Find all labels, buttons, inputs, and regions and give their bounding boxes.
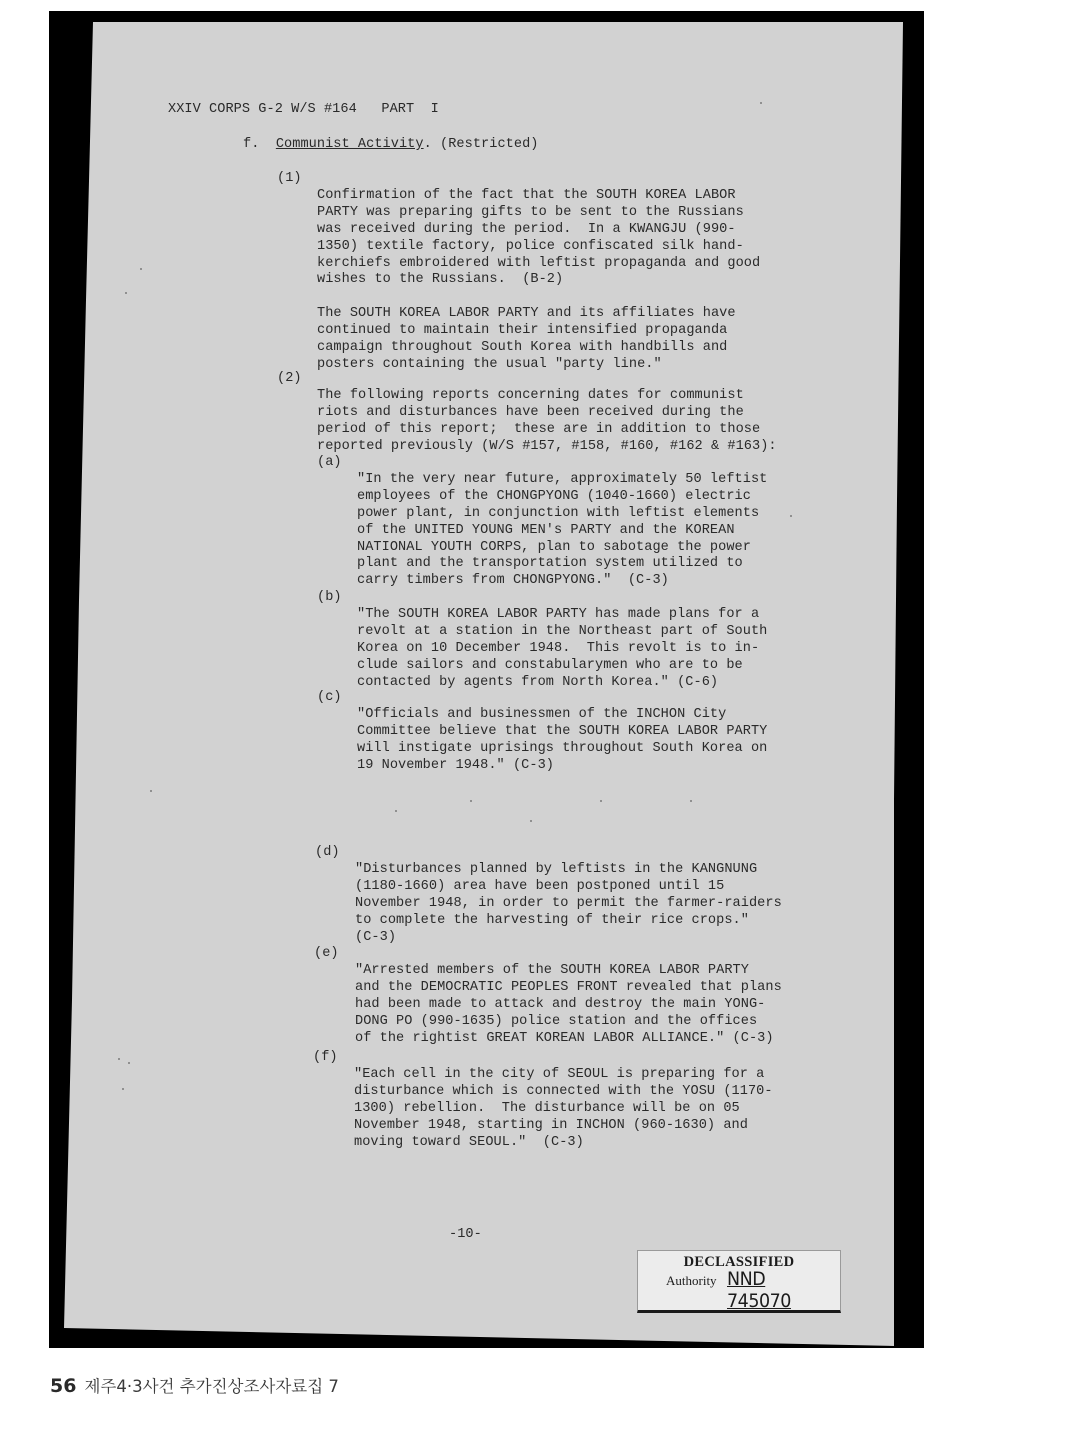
subitem-marker: (b) [317, 590, 342, 607]
item-marker: (2) [277, 371, 302, 388]
text-line: "In the very near future, approximately … [357, 472, 767, 489]
page-number: -10- [449, 1227, 482, 1244]
text-line: reported previously (W/S #157, #158, #16… [317, 439, 777, 456]
speck [125, 292, 127, 294]
text-line: November 1948, starting in INCHON (960-1… [354, 1118, 773, 1135]
text-line: contacted by agents from North Korea." (… [357, 675, 767, 692]
speck [122, 1088, 124, 1090]
stamp-authority-value: NND 745070 [727, 1268, 831, 1312]
subitem-marker: (e) [314, 946, 339, 963]
speck [150, 790, 152, 792]
text-line: November 1948, in order to permit the fa… [355, 896, 782, 913]
text-line: riots and disturbances have been receive… [317, 405, 777, 422]
text-line: period of this report; these are in addi… [317, 422, 777, 439]
text-line: had been made to attack and destroy the … [355, 997, 782, 1014]
text-line: campaign throughout South Korea with han… [317, 340, 736, 357]
text-line: Committee believe that the SOUTH KOREA L… [357, 724, 767, 741]
book-title: 제주4·3사건 추가진상조사자료집 7 [84, 1377, 338, 1396]
text-line: wishes to the Russians. (B-2) [317, 272, 760, 289]
text-line: will instigate uprisings throughout Sout… [357, 741, 767, 758]
text-line: and the DEMOCRATIC PEOPLES FRONT reveale… [355, 980, 782, 997]
text-line: NATIONAL YOUTH CORPS, plan to sabotage t… [357, 540, 767, 557]
text-line: revolt at a station in the Northeast par… [357, 624, 767, 641]
speck [128, 1062, 130, 1064]
text-line: to complete the harvesting of their rice… [355, 913, 782, 930]
document-header: XXIV CORPS G-2 W/S #164 PART I [168, 102, 439, 119]
text-line: of the rightist GREAT KOREAN LABOR ALLIA… [355, 1031, 782, 1048]
text-line: PARTY was preparing gifts to be sent to … [317, 205, 760, 222]
text-line: kerchiefs embroidered with leftist propa… [317, 256, 760, 273]
speck [140, 268, 142, 270]
speck [690, 800, 692, 802]
text-line: moving toward SEOUL." (C-3) [354, 1135, 773, 1152]
subitem-marker: (c) [317, 690, 342, 707]
text-line: power plant, in conjunction with leftist… [357, 506, 767, 523]
subitem-f: "Each cell in the city of SEOUL is prepa… [354, 1050, 773, 1168]
speck [395, 810, 397, 812]
text-line: of the UNITED YOUNG MEN's PARTY and the … [357, 523, 767, 540]
text-line: plant and the transportation system util… [357, 556, 767, 573]
subitem-marker: (f) [313, 1050, 338, 1067]
text-line: DONG PO (990-1635) police station and th… [355, 1014, 782, 1031]
section-heading: f. Communist Activity. (Restricted) [243, 137, 539, 154]
text-line: (C-3) [355, 930, 782, 947]
subitem-c: "Officials and businessmen of the INCHON… [357, 690, 767, 791]
stamp-authority-label: Authority [666, 1273, 717, 1289]
subitem-a: "In the very near future, approximately … [357, 455, 767, 607]
subitem-marker: (a) [317, 455, 342, 472]
text-line: employees of the CHONGPYONG (1040-1660) … [357, 489, 767, 506]
text-line: 1350) textile factory, police confiscate… [317, 239, 760, 256]
book-page-number: 56 [50, 1375, 76, 1397]
text-line: "Officials and businessmen of the INCHON… [357, 707, 767, 724]
item-marker: (1) [277, 171, 302, 188]
item1-paragraph-1: Confirmation of the fact that the SOUTH … [317, 171, 760, 306]
text-line: Confirmation of the fact that the SOUTH … [317, 188, 760, 205]
text-line: "Arrested members of the SOUTH KOREA LAB… [355, 963, 782, 980]
speck [760, 102, 762, 104]
text-line: 19 November 1948." (C-3) [357, 758, 767, 775]
text-line: (1180-1660) area have been postponed unt… [355, 879, 782, 896]
book-footer: 56제주4·3사건 추가진상조사자료집 7 [50, 1373, 339, 1397]
section-classification: . (Restricted) [424, 137, 539, 152]
text-line: carry timbers from CHONGPYONG." (C-3) [357, 573, 767, 590]
text-line: "Each cell in the city of SEOUL is prepa… [354, 1067, 773, 1084]
subitem-marker: (d) [315, 845, 340, 862]
text-line: clude sailors and constabularymen who ar… [357, 658, 767, 675]
speck [470, 800, 472, 802]
speck [118, 1058, 120, 1060]
text-line: The following reports concerning dates f… [317, 388, 777, 405]
speck [530, 820, 532, 822]
text-line: Korea on 10 December 1948. This revolt i… [357, 641, 767, 658]
text-line: disturbance which is connected with the … [354, 1084, 773, 1101]
text-line: "The SOUTH KOREA LABOR PARTY has made pl… [357, 607, 767, 624]
text-line: The SOUTH KOREA LABOR PARTY and its affi… [317, 306, 736, 323]
subitem-e: "Arrested members of the SOUTH KOREA LAB… [355, 946, 782, 1064]
section-title: Communist Activity [276, 137, 424, 152]
text-line: was received during the period. In a KWA… [317, 222, 760, 239]
text-line: "Disturbances planned by leftists in the… [355, 862, 782, 879]
speck [790, 515, 792, 517]
section-marker: f. [243, 137, 259, 152]
declassified-stamp: DECLASSIFIED Authority NND 745070 [637, 1250, 841, 1313]
text-line: continued to maintain their intensified … [317, 323, 736, 340]
speck [600, 800, 602, 802]
text-line: 1300) rebellion. The disturbance will be… [354, 1101, 773, 1118]
